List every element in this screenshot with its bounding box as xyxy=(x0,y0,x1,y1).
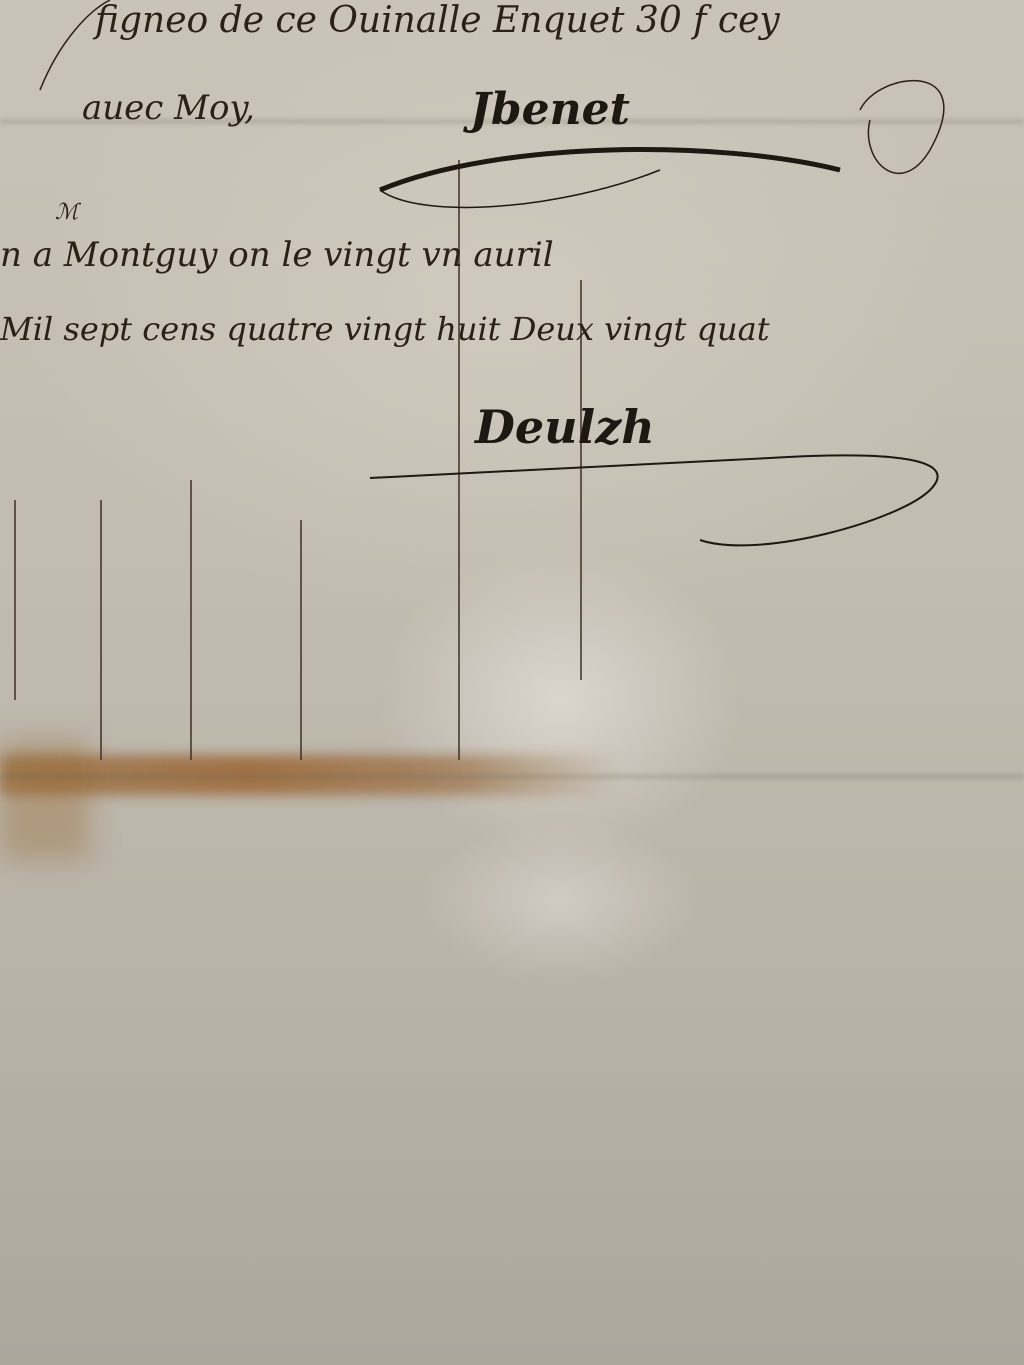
signature-deulzh: Deulzh xyxy=(475,400,655,454)
text-line-1: figneo de ce Ouinalle Enquet 30 f cey xyxy=(95,0,1024,41)
text-line-4: n a Montguy on le vingt vn auril xyxy=(0,235,1024,275)
text-line-3: ℳ xyxy=(55,200,1024,225)
signature-benet: Jbenet xyxy=(470,84,630,135)
text-line-5: Mil sept cens quatre vingt huit Deux vin… xyxy=(0,310,1024,348)
